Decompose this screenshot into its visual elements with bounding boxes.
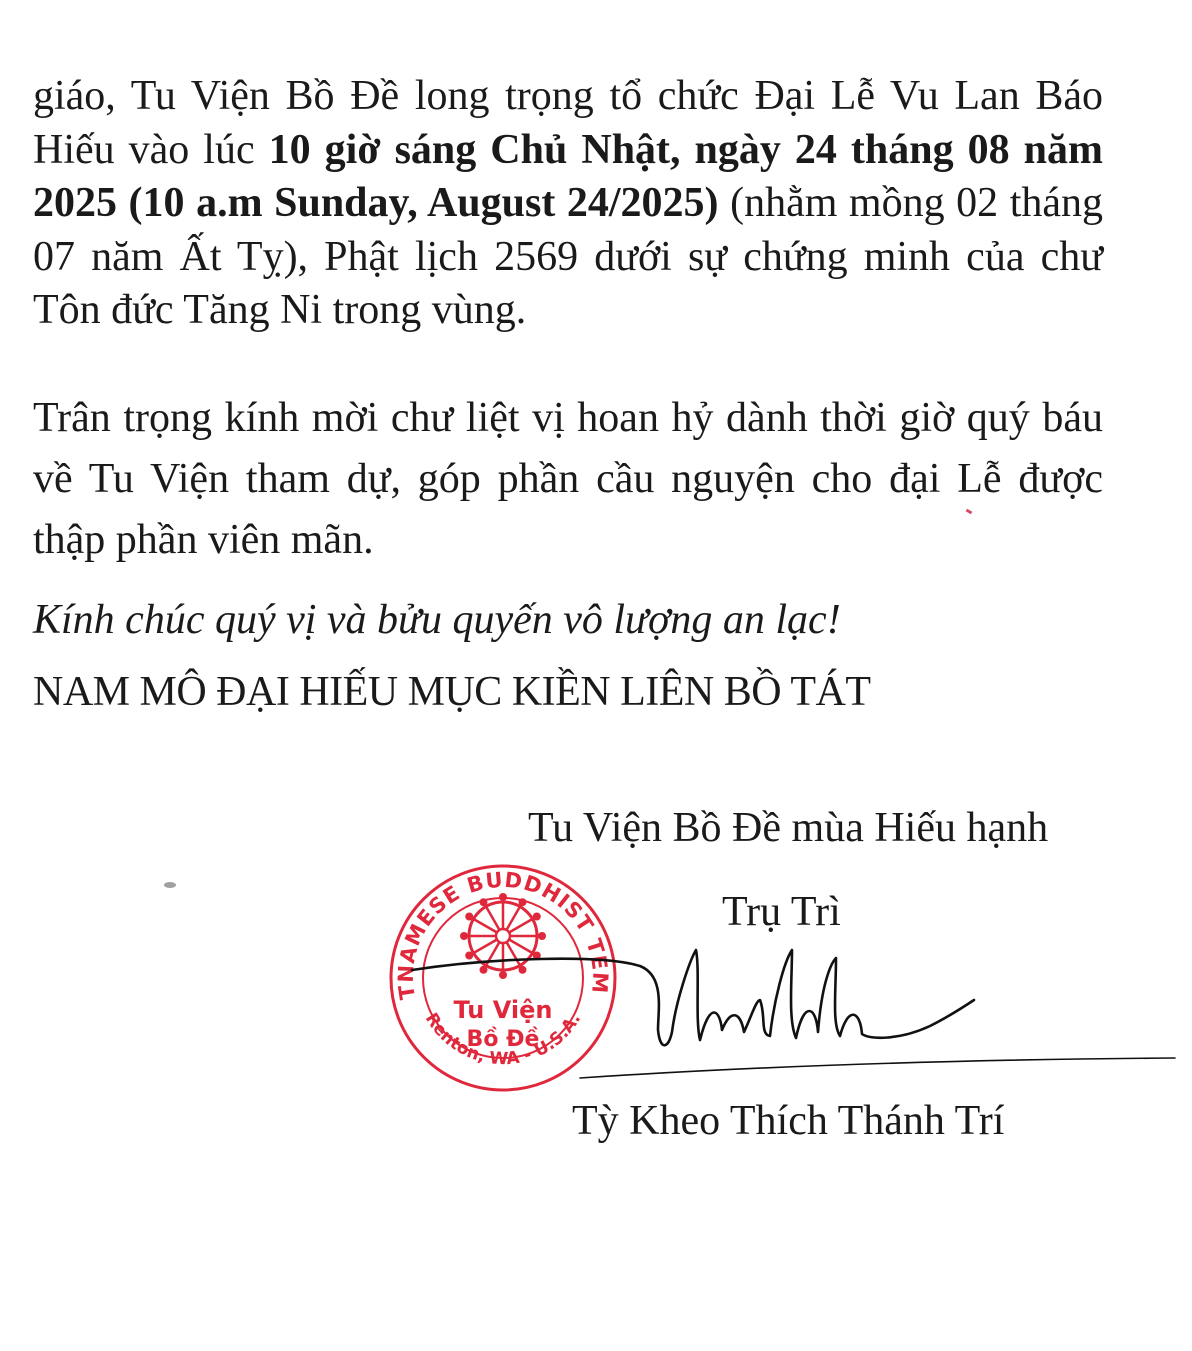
invitation-paragraph: Trân trọng kính mời chư liệt vị hoan hỷ … (33, 388, 1103, 571)
handwritten-signature (400, 940, 1190, 1090)
scan-speck (164, 882, 176, 888)
signer-name: Tỳ Kheo Thích Thánh Trí (572, 1097, 1004, 1145)
signature-role: Trụ Trì (722, 888, 841, 936)
invocation-line: NAM MÔ ĐẠI HIẾU MỤC KIỀN LIÊN BỒ TÁT (33, 668, 870, 716)
signature-organization-line: Tu Viện Bồ Đề mùa Hiếu hạnh (528, 804, 1048, 852)
event-announcement-paragraph: giáo, Tu Viện Bồ Đề long trọng tổ chức Đ… (33, 70, 1103, 338)
blessing-line: Kính chúc quý vị và bửu quyến vô lượng a… (33, 596, 841, 644)
